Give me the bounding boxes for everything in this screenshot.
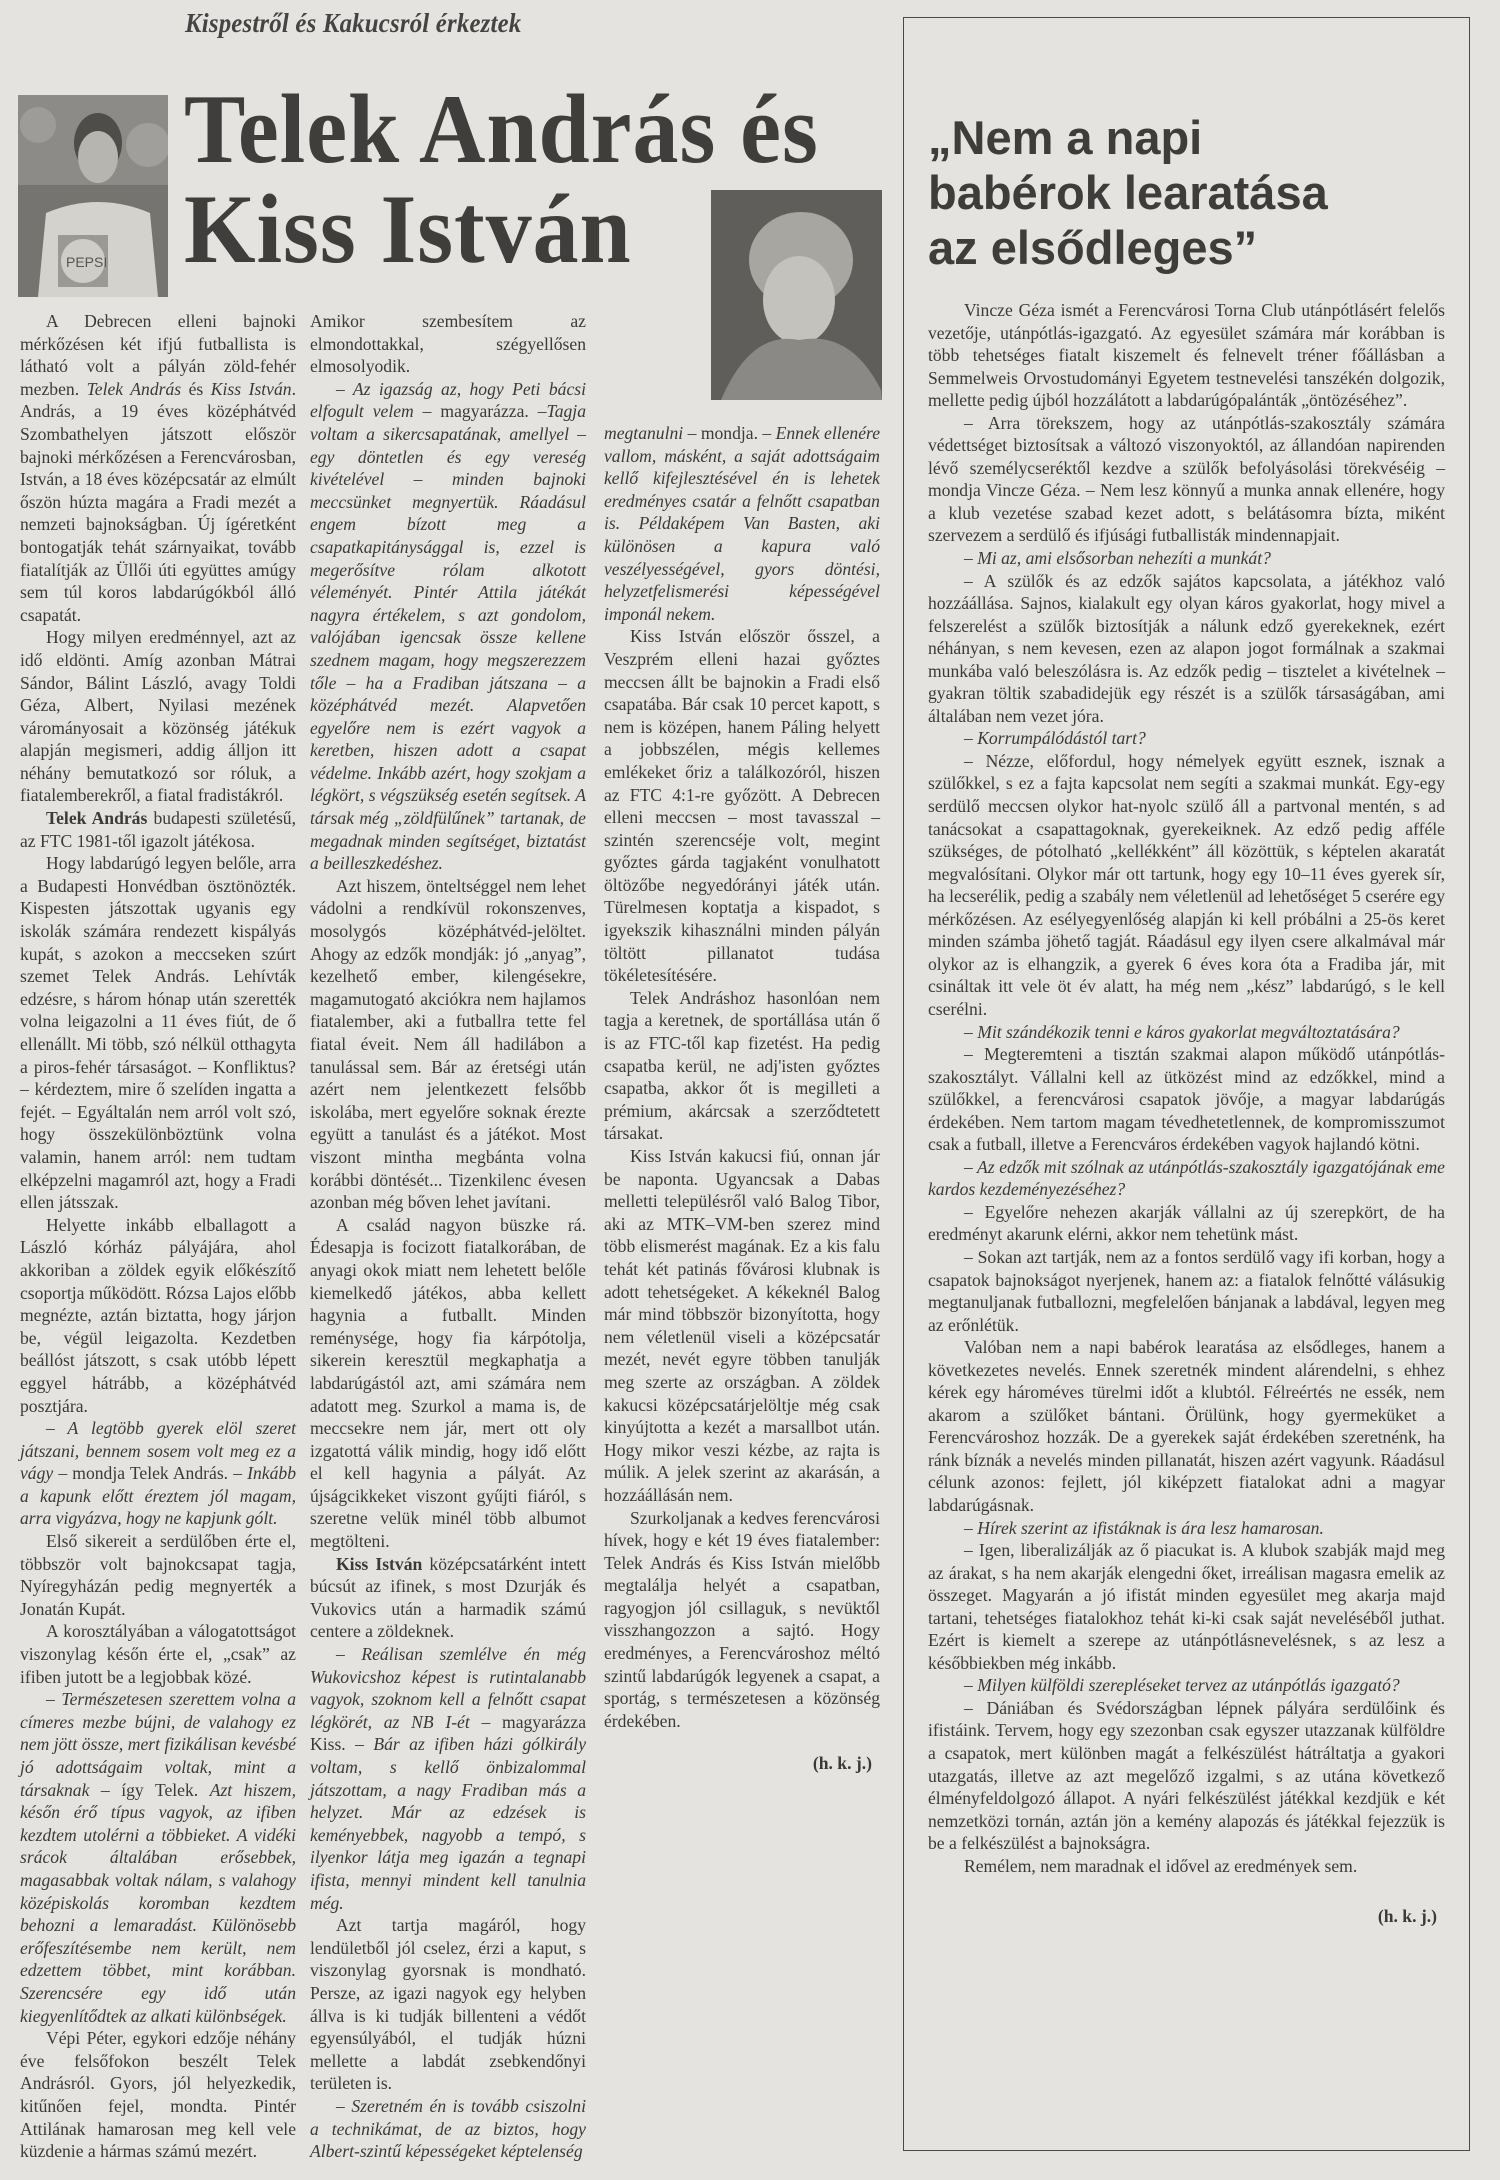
article-paragraph: Azt tartja magáról, hogy lendületből jól…	[310, 1914, 586, 2095]
article-column-1: A Debrecen elleni bajnoki mérkőzésen két…	[20, 310, 296, 2163]
sidebar-interview-box: „Nem a napi babérok learatása az elsődle…	[903, 17, 1470, 2151]
article-kicker: Kispestről és Kakucsról érkeztek	[185, 8, 608, 39]
article-paragraph: Kiss István kakucsi fiú, onnan jár be na…	[604, 1145, 880, 1507]
article-paragraph-continued: megtanulni – mondja. – Ennek ellenére va…	[604, 422, 880, 625]
sidebar-paragraph: – Sokan azt tartják, nem az a fontos ser…	[928, 1246, 1445, 1336]
article-paragraph: – Az igazság az, hogy Peti bácsi elfogul…	[310, 378, 586, 875]
article-paragraph: – Szeretném én is tovább csiszolni a tec…	[310, 2095, 586, 2163]
sidebar-question: – Korrumpálódástól tart?	[928, 727, 1445, 750]
sidebar-question: – Mit szándékozik tenni e káros gyakorla…	[928, 1021, 1445, 1044]
sidebar-paragraph: – Megteremteni a tisztán szakmai alapon …	[928, 1043, 1445, 1156]
sidebar-paragraph: – Igen, liberalizálják az ő piacukat is.…	[928, 1539, 1445, 1674]
sidebar-paragraph: Valóban nem a napi babérok learatása az …	[928, 1336, 1445, 1516]
article-paragraph: – A legtöbb gyerek elöl szeret játszani,…	[20, 1417, 296, 1530]
headline-line-2: Kiss István	[184, 180, 632, 280]
sidebar-paragraph: Vincze Géza ismét a Ferencvárosi Torna C…	[928, 299, 1445, 412]
sidebar-paragraph: – Nézze, előfordul, hogy némelyek együtt…	[928, 750, 1445, 1021]
sidebar-paragraph: – Dániában és Svédországban lépnek pályá…	[928, 1697, 1445, 1855]
article-signature: (h. k. j.)	[604, 1752, 880, 1775]
photo-kiss-istvan	[711, 190, 882, 400]
sidebar-title-line: babérok learatása	[928, 165, 1328, 220]
sidebar-title-line: az elsődleges”	[928, 220, 1328, 275]
article-paragraph: Kiss István először ősszel, a Veszprém e…	[604, 625, 880, 987]
sidebar-paragraph: Remélem, nem maradnak el idővel az eredm…	[928, 1855, 1445, 1878]
article-paragraph: Telek András budapesti születésű, az FTC…	[20, 807, 296, 852]
article-column-2: Amikor szembesítem az elmondottakkal, sz…	[310, 310, 586, 2163]
sidebar-paragraph: – Egyelőre nehezen akarják vállalni az ú…	[928, 1201, 1445, 1246]
article-paragraph: Telek Andráshoz hasonlóan nem tagja a ke…	[604, 987, 880, 1145]
sidebar-body: Vincze Géza ismét a Ferencvárosi Torna C…	[928, 299, 1445, 1928]
article-paragraph: – Reálisan szemlélve én még Wukovicshoz …	[310, 1643, 586, 1914]
sidebar-signature: (h. k. j.)	[928, 1905, 1445, 1928]
sidebar-title: „Nem a napi babérok learatása az elsődle…	[928, 110, 1328, 275]
sidebar-question: – Az edzők mit szólnak az utánpótlás-sza…	[928, 1156, 1445, 1201]
article-paragraph: Helyette inkább elballagott a László kór…	[20, 1214, 296, 1417]
article-paragraph: Vépi Péter, egykori edzője néhány éve fe…	[20, 2027, 296, 2163]
sidebar-question: – Hírek szerint az ifistáknak is ára les…	[928, 1517, 1445, 1540]
article-paragraph: Szurkoljanak a kedves ferencvárosi hívek…	[604, 1507, 880, 1733]
article-paragraph: Kiss István középcsatárként intett búcsú…	[310, 1553, 586, 1643]
article-paragraph: A Debrecen elleni bajnoki mérkőzésen két…	[20, 310, 296, 626]
sidebar-paragraph: – Arra törekszem, hogy az utánpótlás-sza…	[928, 412, 1445, 547]
article-paragraph: Hogy labdarúgó legyen belőle, arra a Bud…	[20, 852, 296, 1214]
portrait-image-icon	[711, 190, 882, 400]
article-paragraph: A család nagyon büszke rá. Édesapja is f…	[310, 1214, 586, 1553]
article-paragraph-continued: Amikor szembesítem az elmondottakkal, sz…	[310, 310, 586, 378]
svg-text:PEPSI: PEPSI	[66, 254, 107, 270]
article-paragraph: Hogy milyen eredménnyel, azt az idő eldö…	[20, 626, 296, 807]
sidebar-title-line: „Nem a napi	[928, 110, 1328, 165]
sidebar-question: – Milyen külföldi szerepléseket tervez a…	[928, 1674, 1445, 1697]
article-paragraph: Első sikereit a serdülőben érte el, több…	[20, 1530, 296, 1620]
photo-telek-andras: PEPSI	[18, 95, 168, 297]
article-paragraph: – Természetesen szerettem volna a címere…	[20, 1688, 296, 2027]
article-paragraph: A korosztályában a válogatottságot viszo…	[20, 1620, 296, 1688]
headline-line-1: Telek András és	[184, 80, 819, 180]
sidebar-paragraph: – A szülők és az edzők sajátos kapcsolat…	[928, 570, 1445, 728]
sidebar-question: – Mi az, ami elsősorban nehezíti a munká…	[928, 547, 1445, 570]
article-column-3: megtanulni – mondja. – Ennek ellenére va…	[604, 422, 880, 1775]
portrait-image-icon: PEPSI	[18, 95, 168, 297]
article-paragraph: Azt hiszem, önteltséggel nem lehet vádol…	[310, 875, 586, 1214]
